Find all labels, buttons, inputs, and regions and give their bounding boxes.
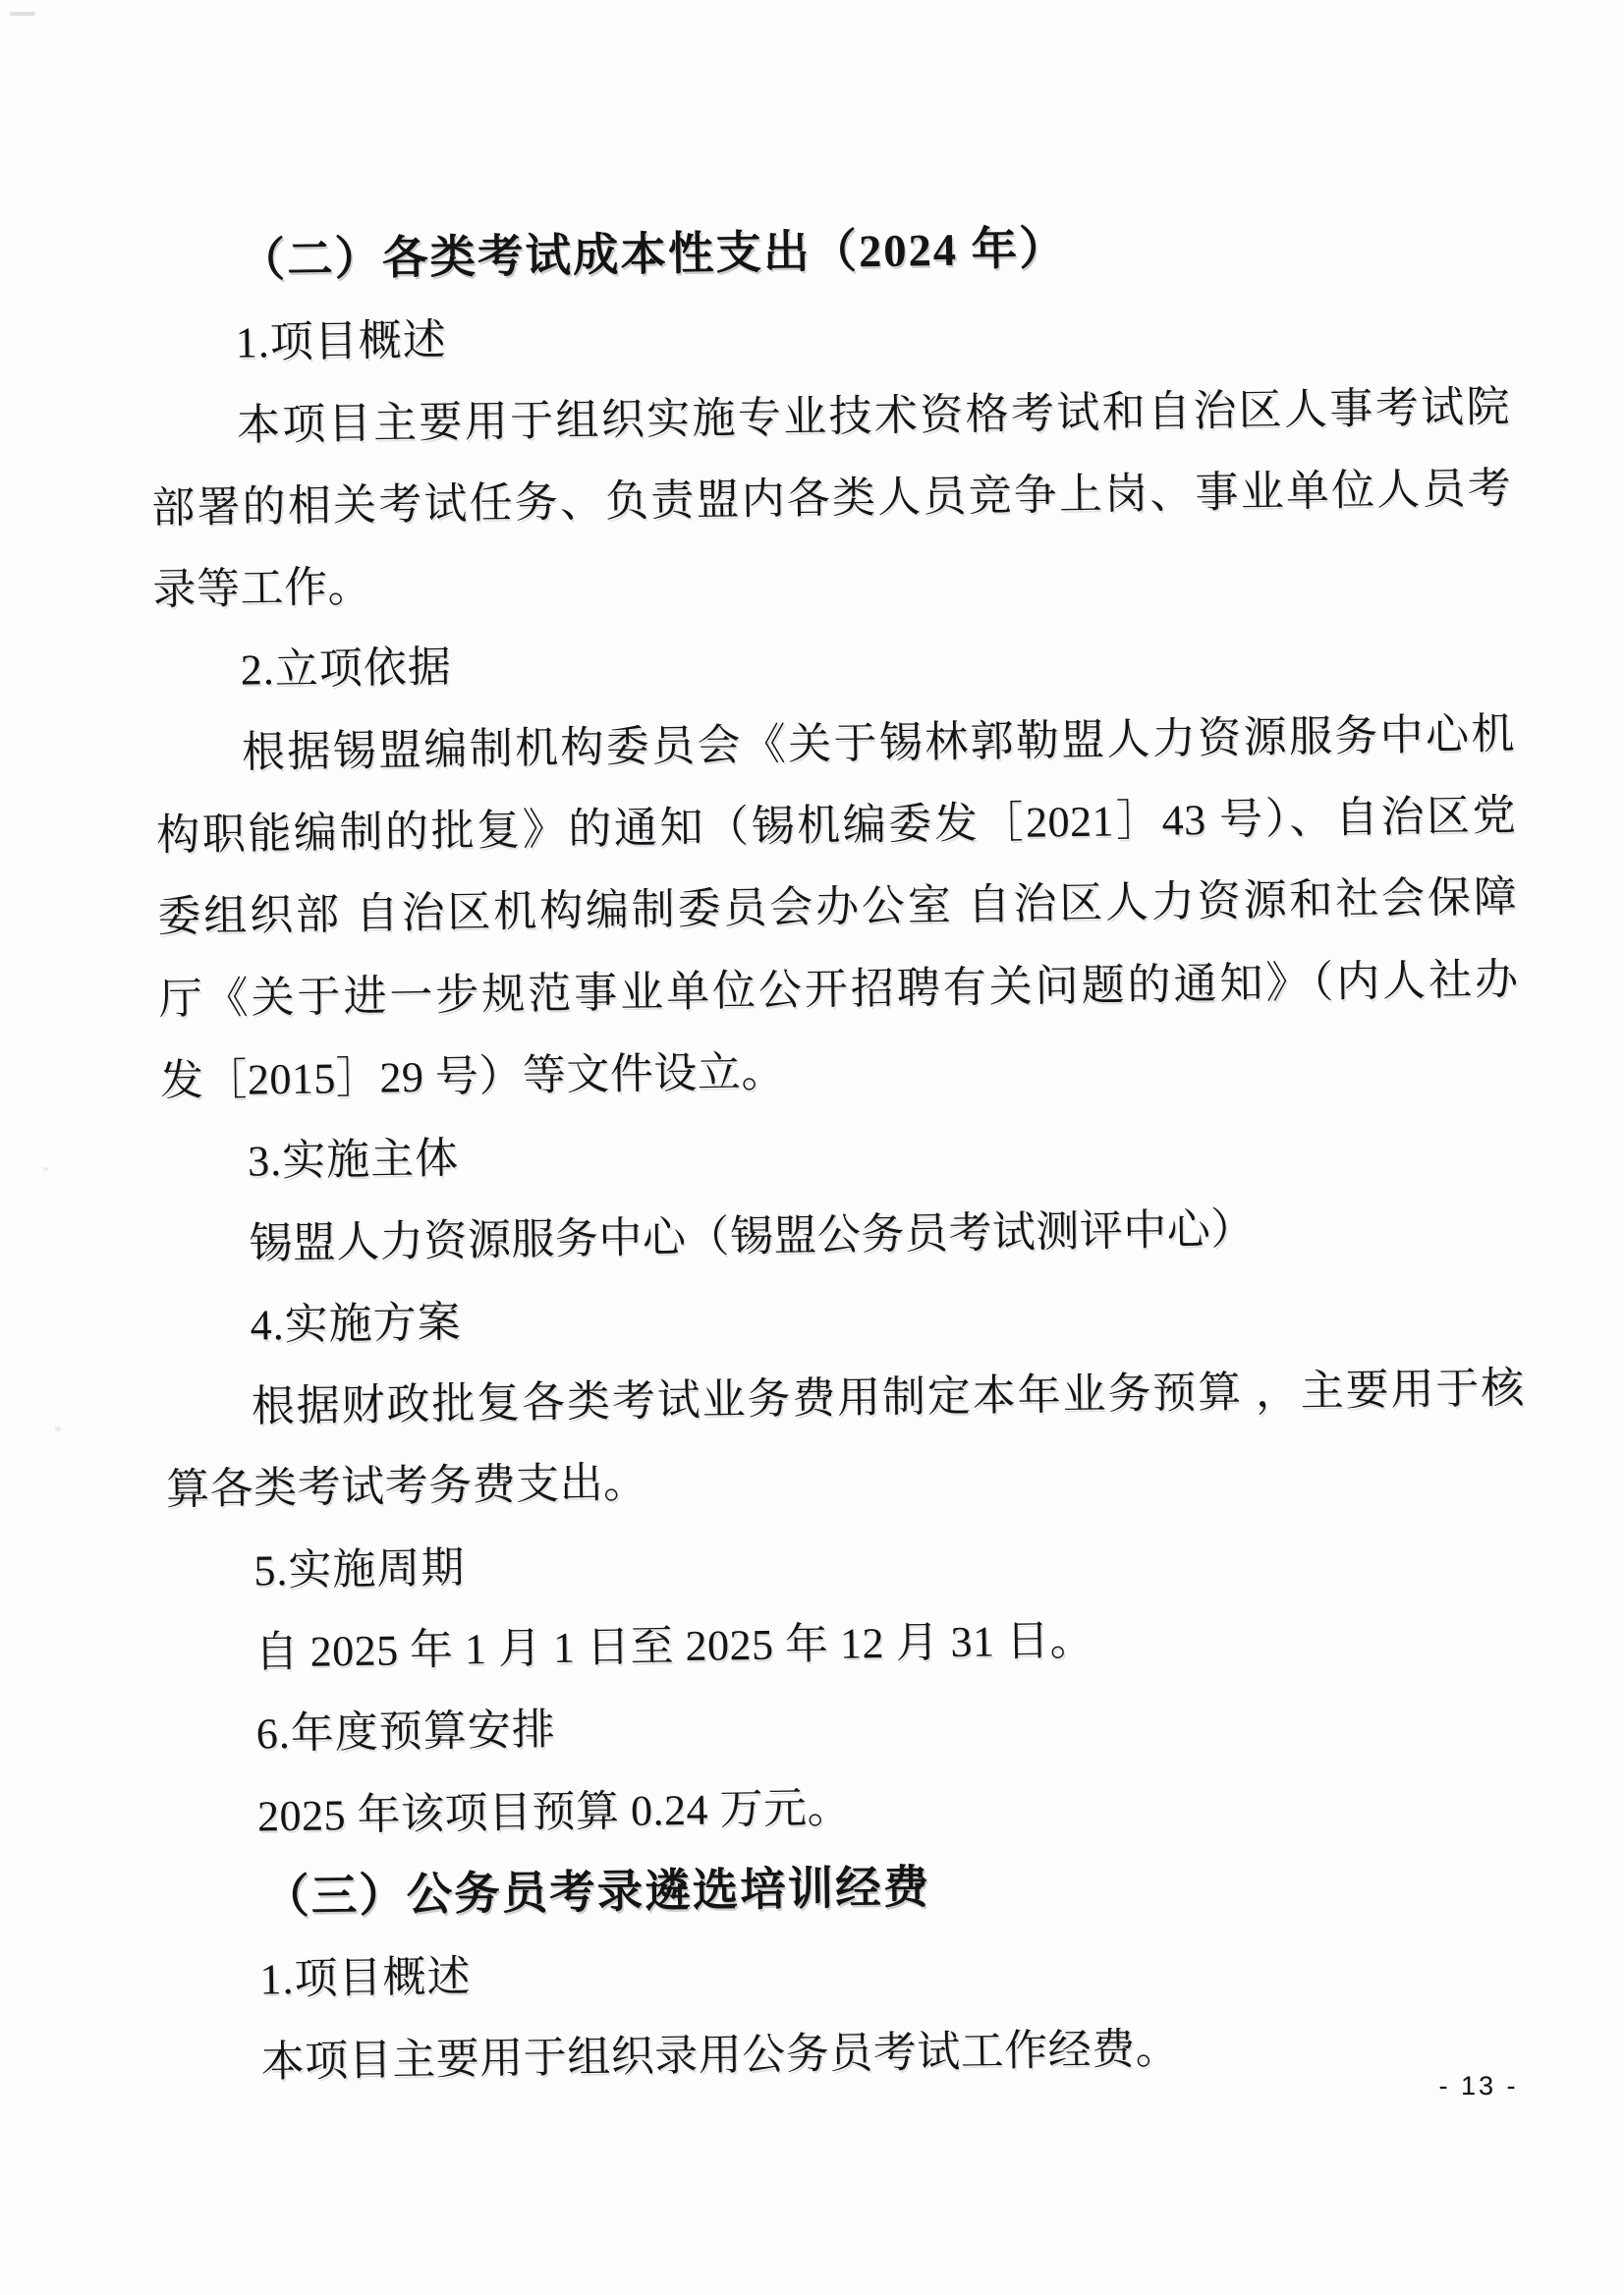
document-lines: （二）各类考试成本性支出（2024 年）1.项目概述本项目主要用于组织实施专业技… (147, 201, 1535, 2103)
scan-artifact (55, 1427, 61, 1431)
scan-artifact (10, 12, 35, 16)
scan-artifact (43, 1167, 48, 1171)
page-number: - 13 - (1422, 2071, 1536, 2101)
scanned-document-page: （二）各类考试成本性支出（2024 年）1.项目概述本项目主要用于组织实施专业技… (0, 0, 1624, 2295)
